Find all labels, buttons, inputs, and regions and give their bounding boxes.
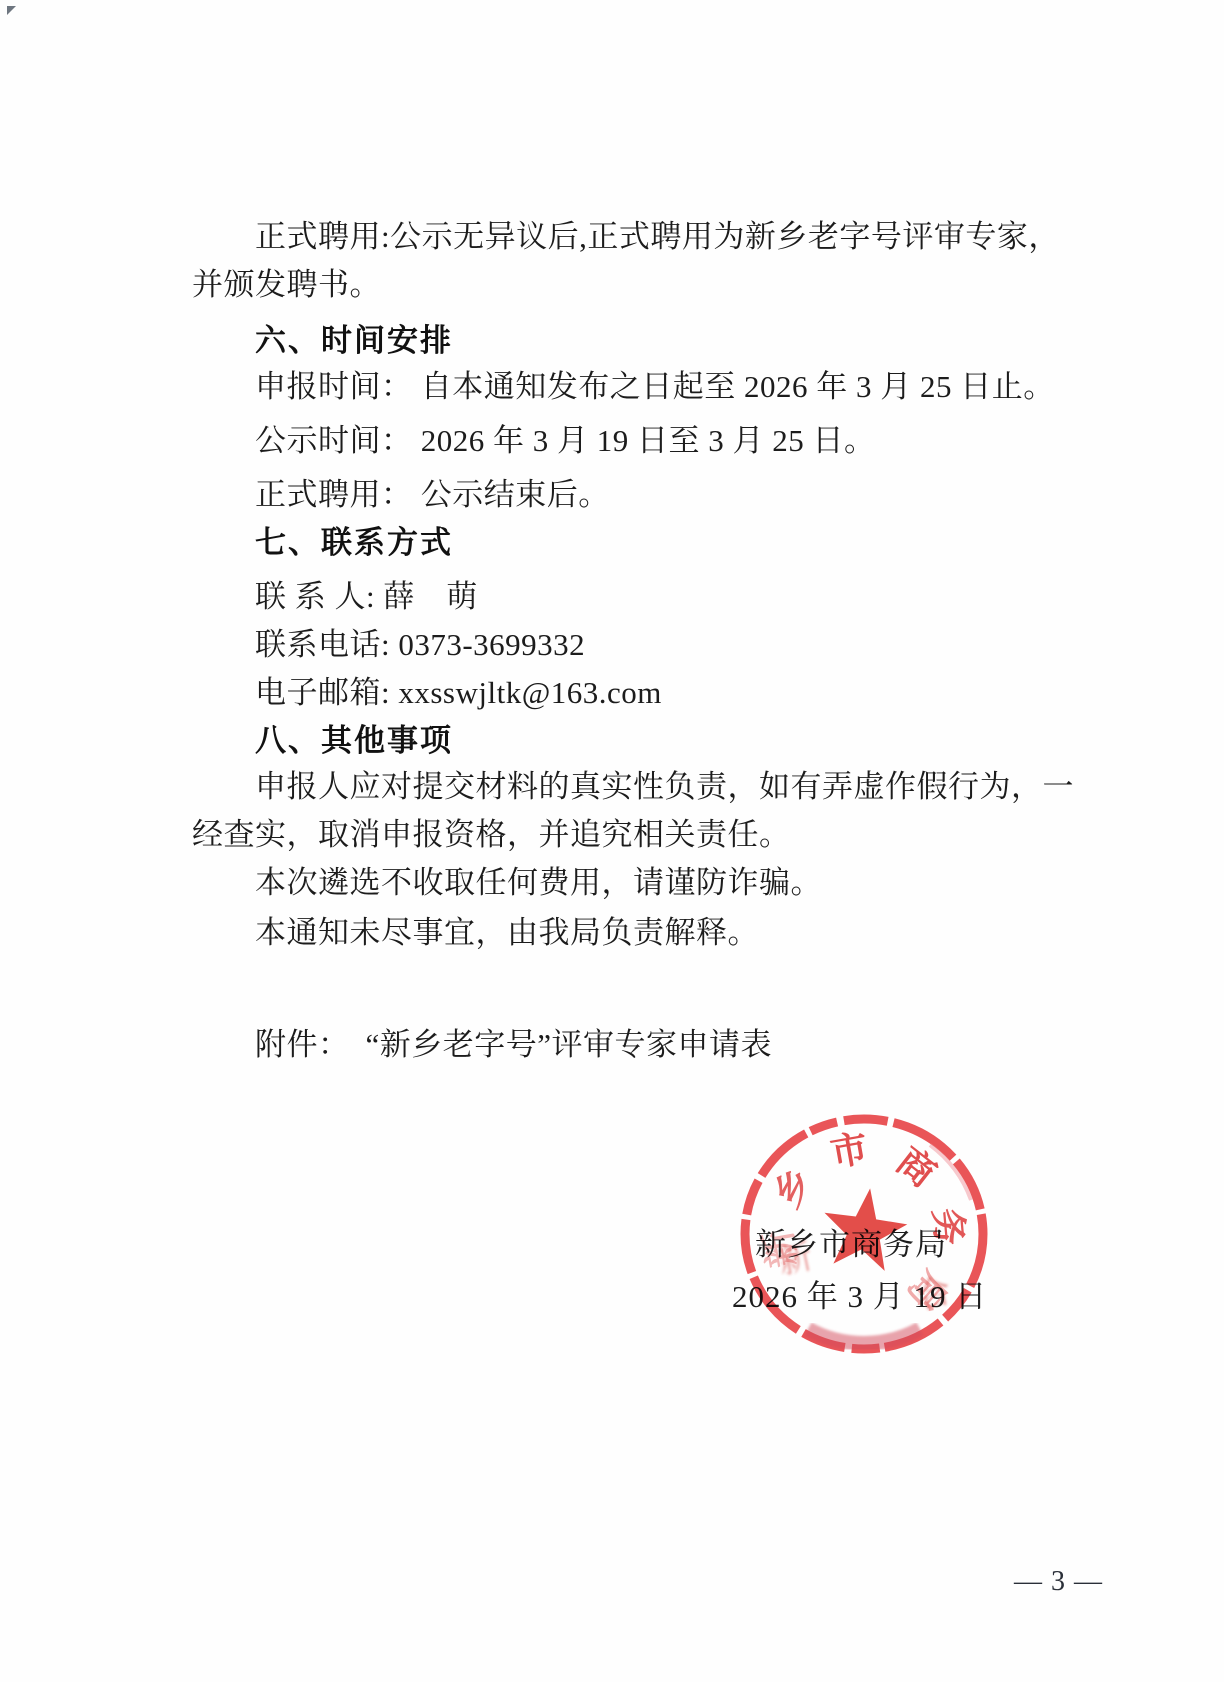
paragraph-line: 正式聘用： 公示结束后。 (255, 478, 610, 512)
section-heading-7: 七、联系方式 (255, 526, 453, 560)
scan-speck (7, 6, 16, 15)
seal-smudge-band (808, 1329, 920, 1343)
seal-char: 乡 (766, 1161, 821, 1215)
seal-char: 市 (828, 1127, 872, 1175)
paragraph-line: 本通知未尽事宜，由我局负责解释。 (255, 916, 759, 950)
paragraph-line: 申报时间： 自本通知发布之日起至 2026 年 3 月 25 日止。 (255, 370, 1055, 404)
seal-char: 商 (888, 1140, 943, 1196)
signature-date: 2026 年 3 月 19 日 (732, 1280, 987, 1314)
paragraph-line: 公示时间： 2026 年 3 月 19 日至 3 月 25 日。 (255, 424, 876, 458)
document-page: 正式聘用:公示无异议后,正式聘用为新乡老字号评审专家， 并颁发聘书。 六、时间安… (0, 0, 1224, 1682)
section-heading-6: 六、时间安排 (255, 324, 453, 358)
signature-org: 新乡市商务局 (755, 1228, 947, 1262)
contact-email-line: 电子邮箱: xxsswjltk@163.com (255, 676, 662, 710)
contact-person-line: 联 系 人: 薛 萌 (255, 580, 478, 614)
contact-phone-line: 联系电话: 0373-3699332 (255, 628, 585, 662)
paragraph-line: 正式聘用:公示无异议后,正式聘用为新乡老字号评审专家， (255, 220, 1060, 254)
paragraph-line: 本次遴选不收取任何费用，请谨防诈骗。 (255, 866, 822, 900)
attachment-line: 附件： “新乡老字号”评审专家申请表 (255, 1028, 772, 1062)
section-heading-8: 八、其他事项 (255, 724, 453, 758)
paragraph-line: 申报人应对提交材料的真实性负责，如有弄虚作假行为，一 (255, 770, 1074, 804)
page-number: — 3 — (1014, 1566, 1103, 1598)
seal-ring-ghost (930, 1145, 971, 1200)
paragraph-line: 经查实，取消申报资格，并追究相关责任。 (192, 818, 791, 852)
paragraph-line: 并颁发聘书。 (192, 268, 381, 302)
